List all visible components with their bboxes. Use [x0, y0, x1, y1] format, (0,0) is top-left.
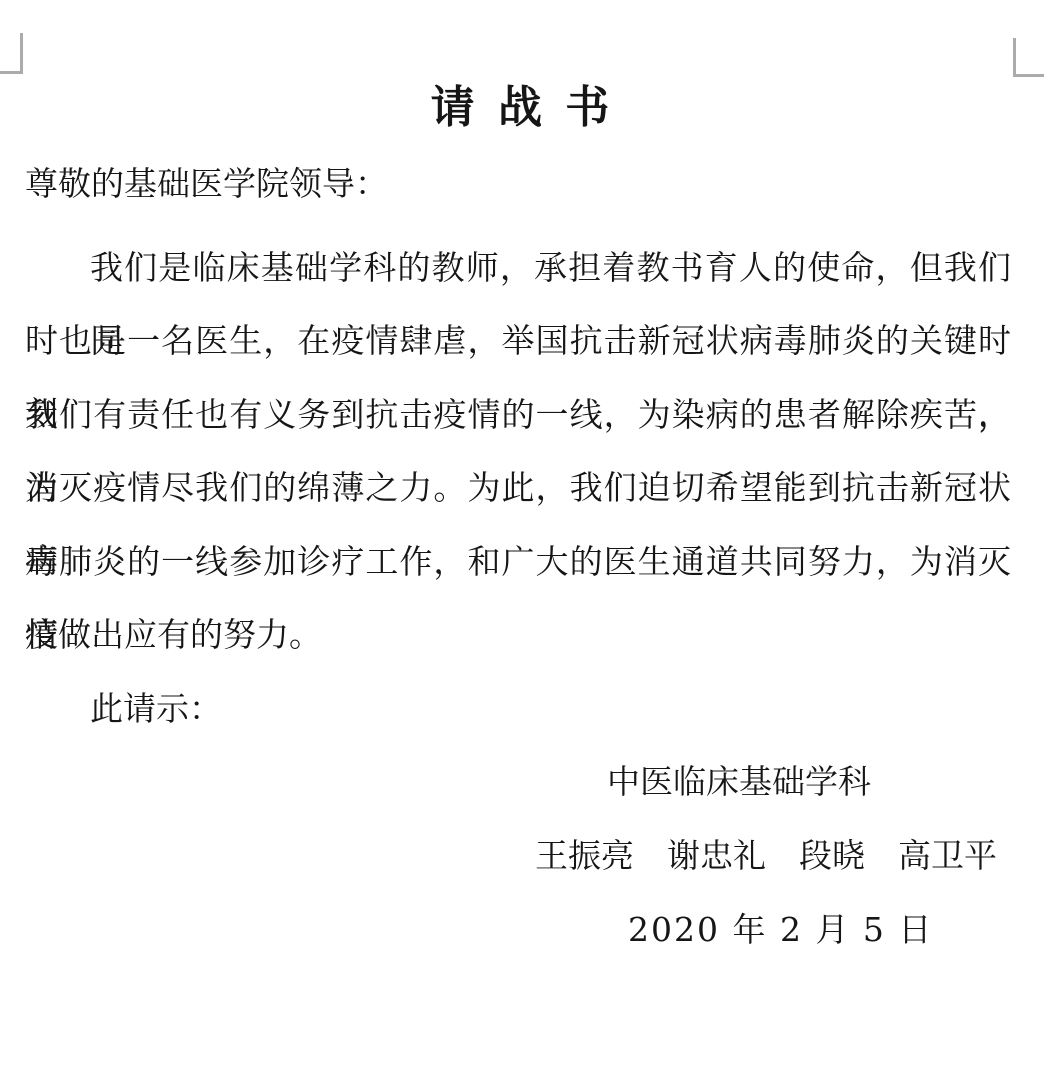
- margin-crop-mark-top-right-horizontal: [1013, 74, 1044, 77]
- paragraph-line: 我们有责任也有义务到抗击疫情的一线，为染病的患者解除疾苦，为: [25, 378, 1011, 451]
- paragraph-line: 毒肺炎的一线参加诊疗工作，和广大的医生通道共同努力，为消灭疫: [25, 525, 1011, 598]
- paragraph-line: 我们是临床基础学科的教师，承担着教书育人的使命，但我们同: [25, 231, 1011, 304]
- paragraph-line: 消灭疫情尽我们的绵薄之力。为此，我们迫切希望能到抗击新冠状病: [25, 451, 1011, 524]
- margin-crop-mark-top-left-vertical: [20, 33, 23, 74]
- signature-date: 2020 年 2 月 5 日: [628, 893, 933, 966]
- document-page: 请 战 书 尊敬的基础医学院领导： 我们是临床基础学科的教师，承担着教书育人的使…: [0, 0, 1044, 1075]
- margin-crop-mark-top-left-horizontal: [0, 71, 23, 74]
- signature-department: 中医临床基础学科: [607, 745, 871, 818]
- paragraph-line: 时也是一名医生，在疫情肆虐，举国抗击新冠状病毒肺炎的关键时刻，: [25, 304, 1011, 377]
- signature-names: 王振亮 谢忠礼 段晓 高卫平: [535, 819, 997, 892]
- paragraph-line: 情做出应有的努力。: [25, 598, 1011, 671]
- closing-line: 此请示：: [90, 672, 222, 745]
- margin-crop-mark-top-right-vertical: [1013, 38, 1016, 77]
